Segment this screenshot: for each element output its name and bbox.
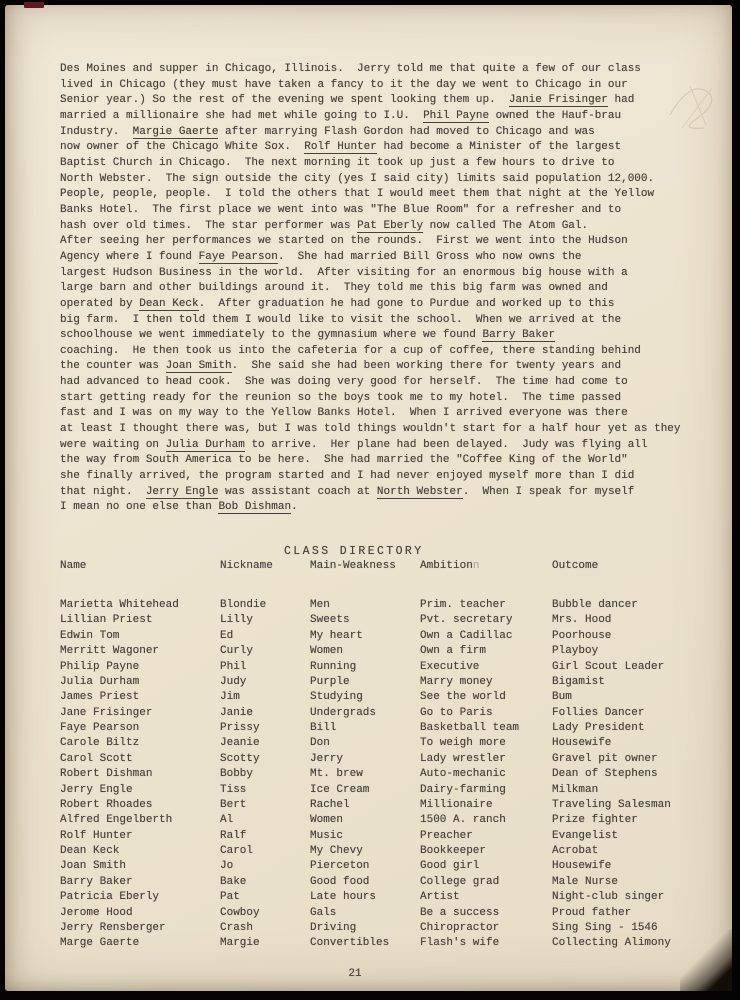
table-cell: Ed: [220, 630, 233, 642]
table-cell: Mrs. Hood: [552, 614, 611, 626]
table-cell: Go to Paris: [420, 707, 493, 719]
story-text-segment: now owner of the Chicago White Sox.: [60, 141, 304, 153]
table-row: Merritt WagonerCurlyWomenOwn a firmPlayb…: [60, 645, 705, 660]
table-cell: Jim: [220, 691, 240, 703]
table-cell: Marry money: [420, 676, 493, 688]
page-corner-shadow: [680, 929, 732, 991]
table-cell: Julia Durham: [60, 676, 139, 688]
table-cell: Jerome Hood: [60, 907, 133, 919]
story-text-segment: fast and I was on my way to the Yellow B…: [60, 407, 628, 419]
table-row: Robert RhoadesBertRachelMillionaireTrave…: [60, 799, 705, 814]
story-line: at least I thought there was, but I was …: [60, 422, 705, 438]
table-cell: Janie: [220, 707, 253, 719]
table-cell: Bobby: [220, 768, 253, 780]
table-cell: Bookkeeper: [420, 845, 486, 857]
table-cell: Sweets: [310, 614, 350, 626]
story-text-segment: North Webster. The sign outside the city…: [60, 173, 654, 185]
story-text-segment: After seeing her performances we started…: [60, 235, 628, 247]
table-cell: Playboy: [552, 645, 598, 657]
story-line: Senior year.) So the rest of the evening…: [60, 93, 705, 109]
table-cell: Ice Cream: [310, 784, 369, 796]
story-text-segment: Baptist Church in Chicago. The next morn…: [60, 157, 615, 169]
table-cell: See the world: [420, 691, 506, 703]
table-cell: Philip Payne: [60, 661, 139, 673]
table-cell: Prize fighter: [552, 814, 638, 826]
table-cell: Pierceton: [310, 860, 369, 872]
story-text-segment: operated by: [60, 298, 139, 310]
story-text-segment: hash over old times. The star performer …: [60, 220, 357, 232]
table-cell: 1500 A. ranch: [420, 814, 506, 826]
table-cell: Studying: [310, 691, 363, 703]
table-cell: Male Nurse: [552, 876, 618, 888]
table-row: Lillian PriestLillySweetsPvt. secretaryM…: [60, 614, 705, 629]
table-cell: Driving: [310, 922, 356, 934]
table-cell: Lillian Priest: [60, 614, 152, 626]
table-cell: Men: [310, 599, 330, 611]
story-line: big farm. I then told them I would like …: [60, 313, 705, 329]
story-line: After seeing her performances we started…: [60, 234, 705, 250]
story-line: hash over old times. The star performer …: [60, 219, 705, 235]
story-text-segment: had advanced to head cook. She was doing…: [60, 376, 628, 388]
underlined-name: Bob Dishman: [218, 501, 291, 514]
table-cell: Scotty: [220, 753, 260, 765]
story-text-segment: Banks Hotel. The first place we went int…: [60, 204, 621, 216]
story-text-segment: had: [608, 94, 634, 106]
table-cell: Merritt Wagoner: [60, 645, 159, 657]
table-cell: Tiss: [220, 784, 246, 796]
table-cell: Sing Sing - 1546: [552, 922, 658, 934]
story-line: the way from South America to be here. S…: [60, 453, 705, 469]
story-line: Banks Hotel. The first place we went int…: [60, 203, 705, 219]
story-text-segment: large barn and other buildings around it…: [60, 282, 608, 294]
underlined-name: Pat Eberly: [357, 220, 423, 233]
table-cell: Bert: [220, 799, 246, 811]
story-text-segment: . She had married Bill Gross who now own…: [278, 251, 582, 263]
table-cell: Lady President: [552, 722, 644, 734]
table-cell: Carol: [220, 845, 253, 857]
underlined-name: Margie Gaerte: [133, 126, 219, 139]
table-cell: To weigh more: [420, 737, 506, 749]
directory-header-row: NameNicknameMain-WeaknessAmbitionnOutcom…: [60, 560, 705, 576]
table-row: Jerry RensbergerCrashDrivingChiropractor…: [60, 922, 705, 937]
table-cell: Millionaire: [420, 799, 493, 811]
table-cell: Lilly: [220, 614, 253, 626]
story-text-segment: at least I thought there was, but I was …: [60, 423, 681, 435]
table-row: Jerry EngleTissIce CreamDairy-farmingMil…: [60, 784, 705, 799]
directory-header-cell: Name: [60, 560, 86, 572]
table-cell: Curly: [220, 645, 253, 657]
table-cell: Jeanie: [220, 737, 260, 749]
table-cell: Be a success: [420, 907, 499, 919]
table-cell: Dean of Stephens: [552, 768, 658, 780]
story-text-segment: the counter was: [60, 360, 166, 372]
underlined-name: Phil Payne: [423, 110, 489, 123]
story-line: Baptist Church in Chicago. The next morn…: [60, 156, 705, 172]
table-cell: Lady wrestler: [420, 753, 506, 765]
story-text-segment: . When I speak for myself: [463, 486, 635, 498]
story-line: large barn and other buildings around it…: [60, 281, 705, 297]
table-cell: Pat: [220, 891, 240, 903]
story-line: largest Hudson Business in the world. Af…: [60, 266, 705, 282]
table-cell: Gravel pit owner: [552, 753, 658, 765]
table-cell: Purple: [310, 676, 350, 688]
story-text-segment: owned the Hauf-brau: [489, 110, 621, 122]
table-cell: Dean Keck: [60, 845, 119, 857]
underlined-name: Barry Baker: [482, 329, 555, 342]
table-cell: Al: [220, 814, 233, 826]
table-cell: Jane Frisinger: [60, 707, 152, 719]
story-line: were waiting on Julia Durham to arrive. …: [60, 438, 705, 454]
table-row: Dean KeckCarolMy ChevyBookkeeperAcrobat: [60, 845, 705, 860]
table-cell: Jerry: [310, 753, 343, 765]
table-cell: Bum: [552, 691, 572, 703]
table-cell: Prim. teacher: [420, 599, 506, 611]
table-cell: Barry Baker: [60, 876, 133, 888]
table-row: Jerome HoodCowboyGalsBe a successProud f…: [60, 907, 705, 922]
story-text-segment: . After graduation he had gone to Purdue…: [199, 298, 615, 310]
story-text-segment: People, people, people. I told the other…: [60, 188, 654, 200]
underlined-name: Dean Keck: [139, 298, 198, 311]
story-line: People, people, people. I told the other…: [60, 187, 705, 203]
table-cell: Women: [310, 814, 343, 826]
table-cell: Prissy: [220, 722, 260, 734]
scan-red-mark: [24, 2, 44, 8]
table-cell: Flash's wife: [420, 937, 499, 949]
underlined-name: Faye Pearson: [199, 251, 278, 264]
table-cell: Rachel: [310, 799, 350, 811]
story-text-segment: .: [291, 501, 298, 513]
table-cell: Own a firm: [420, 645, 486, 657]
table-cell: Crash: [220, 922, 253, 934]
story-text-segment: I mean no one else than: [60, 501, 218, 513]
directory-header-cell: Outcome: [552, 560, 598, 572]
story-text-segment: Industry.: [60, 126, 133, 138]
story-text-segment: that night.: [60, 486, 146, 498]
table-cell: Running: [310, 661, 356, 673]
table-cell: Executive: [420, 661, 479, 673]
story-line: start getting ready for the reunion so t…: [60, 391, 705, 407]
table-cell: Carol Scott: [60, 753, 133, 765]
table-cell: Cowboy: [220, 907, 260, 919]
table-cell: Night-club singer: [552, 891, 664, 903]
story-line: Des Moines and supper in Chicago, Illino…: [60, 62, 705, 78]
table-cell: Bill: [310, 722, 336, 734]
table-cell: Jerry Rensberger: [60, 922, 166, 934]
table-row: Edwin TomEdMy heartOwn a CadillacPoorhou…: [60, 630, 705, 645]
table-cell: Pvt. secretary: [420, 614, 512, 626]
story-line: fast and I was on my way to the Yellow B…: [60, 406, 705, 422]
story-line: coaching. He then took us into the cafet…: [60, 344, 705, 360]
table-row: Marge GaerteMargieConvertiblesFlash's wi…: [60, 937, 705, 952]
table-row: Philip PaynePhilRunningExecutiveGirl Sco…: [60, 661, 705, 676]
story-line: now owner of the Chicago White Sox. Rolf…: [60, 140, 705, 156]
table-cell: Jerry Engle: [60, 784, 133, 796]
table-cell: Dairy-farming: [420, 784, 506, 796]
table-cell: Edwin Tom: [60, 630, 119, 642]
story-text-segment: now called The Atom Gal.: [423, 220, 588, 232]
table-cell: Chiropractor: [420, 922, 499, 934]
story-line: lived in Chicago (they must have taken a…: [60, 78, 705, 94]
table-cell: Ralf: [220, 830, 246, 842]
directory-header-cell: Nickname: [220, 560, 273, 572]
story-text-segment: start getting ready for the reunion so t…: [60, 392, 621, 404]
story-text-segment: largest Hudson Business in the world. Af…: [60, 267, 628, 279]
table-cell: Carole Biltz: [60, 737, 139, 749]
table-cell: Poorhouse: [552, 630, 611, 642]
page-number: 21: [338, 968, 372, 980]
directory-title: CLASS DIRECTORY: [284, 545, 424, 558]
story-line: she finally arrived, the program started…: [60, 469, 705, 485]
directory-header-cell: Ambitionn: [420, 560, 479, 572]
table-row: Joan SmithJoPiercetonGood girlHousewife: [60, 860, 705, 875]
table-cell: College grad: [420, 876, 499, 888]
table-row: Robert DishmanBobbyMt. brewAuto-mechanic…: [60, 768, 705, 783]
story-line: had advanced to head cook. She was doing…: [60, 375, 705, 391]
table-cell: Auto-mechanic: [420, 768, 506, 780]
story-text-segment: had become a Minister of the largest: [377, 141, 621, 153]
table-row: Patricia EberlyPatLate hoursArtistNight-…: [60, 891, 705, 906]
table-cell: Good girl: [420, 860, 479, 872]
table-row: Jane FrisingerJanieUndergradsGo to Paris…: [60, 707, 705, 722]
underlined-name: Janie Frisinger: [509, 94, 608, 107]
story-line: that night. Jerry Engle was assistant co…: [60, 485, 705, 501]
story-line: married a millionaire she had met while …: [60, 109, 705, 125]
directory-rows: Marietta WhiteheadBlondieMenPrim. teache…: [60, 599, 705, 953]
story-text-segment: big farm. I then told them I would like …: [60, 314, 621, 326]
table-cell: Music: [310, 830, 343, 842]
table-cell: Traveling Salesman: [552, 799, 671, 811]
table-cell: Bigamist: [552, 676, 605, 688]
table-cell: Jo: [220, 860, 233, 872]
table-cell: Judy: [220, 676, 246, 688]
table-cell: Collecting Alimony: [552, 937, 671, 949]
story-text-segment: she finally arrived, the program started…: [60, 470, 634, 482]
table-cell: Faye Pearson: [60, 722, 139, 734]
table-cell: Alfred Engelberth: [60, 814, 172, 826]
story-line: the counter was Joan Smith. She said she…: [60, 359, 705, 375]
table-cell: Preacher: [420, 830, 473, 842]
table-cell: Evangelist: [552, 830, 618, 842]
story-text-segment: Des Moines and supper in Chicago, Illino…: [60, 63, 641, 75]
table-cell: Follies Dancer: [552, 707, 644, 719]
story-text-segment: the way from South America to be here. S…: [60, 454, 628, 466]
table-cell: Patricia Eberly: [60, 891, 159, 903]
story-text-segment: . She said she had been working there fo…: [232, 360, 621, 372]
table-cell: Marge Gaerte: [60, 937, 139, 949]
table-cell: Milkman: [552, 784, 598, 796]
table-row: Julia DurhamJudyPurpleMarry moneyBigamis…: [60, 676, 705, 691]
underlined-name: Julia Durham: [166, 439, 245, 452]
table-cell: Robert Dishman: [60, 768, 152, 780]
table-cell: Phil: [220, 661, 246, 673]
table-cell: Artist: [420, 891, 460, 903]
story-text-segment: was assistant coach at: [218, 486, 376, 498]
underlined-name: Jerry Engle: [146, 486, 219, 499]
story-line: North Webster. The sign outside the city…: [60, 172, 705, 188]
table-row: James PriestJimStudyingSee the worldBum: [60, 691, 705, 706]
table-row: Marietta WhiteheadBlondieMenPrim. teache…: [60, 599, 705, 614]
story-text-segment: were waiting on: [60, 439, 166, 451]
directory-header-cell: Main-Weakness: [310, 560, 396, 572]
table-cell: Own a Cadillac: [420, 630, 512, 642]
table-cell: Proud father: [552, 907, 631, 919]
table-cell: Girl Scout Leader: [552, 661, 664, 673]
story-line: Agency where I found Faye Pearson. She h…: [60, 250, 705, 266]
story-line: I mean no one else than Bob Dishman.: [60, 500, 705, 516]
table-cell: Gals: [310, 907, 336, 919]
story-paragraph: Des Moines and supper in Chicago, Illino…: [60, 62, 705, 516]
table-cell: Convertibles: [310, 937, 389, 949]
story-text-segment: lived in Chicago (they must have taken a…: [60, 79, 628, 91]
table-cell: Robert Rhoades: [60, 799, 152, 811]
table-cell: Acrobat: [552, 845, 598, 857]
table-cell: My Chevy: [310, 845, 363, 857]
underlined-name: North Webster: [377, 486, 463, 499]
table-row: Barry BakerBakeGood foodCollege gradMale…: [60, 876, 705, 891]
table-cell: Don: [310, 737, 330, 749]
story-text-segment: schoolhouse we went immediately to the g…: [60, 329, 482, 341]
story-text-segment: married a millionaire she had met while …: [60, 110, 423, 122]
table-row: Carol ScottScottyJerryLady wrestlerGrave…: [60, 753, 705, 768]
story-line: schoolhouse we went immediately to the g…: [60, 328, 705, 344]
table-cell: Bake: [220, 876, 246, 888]
table-cell: Bubble dancer: [552, 599, 638, 611]
table-row: Alfred EngelberthAlWomen1500 A. ranchPri…: [60, 814, 705, 829]
table-cell: Basketball team: [420, 722, 519, 734]
story-text-segment: to arrive. Her plane had been delayed. J…: [245, 439, 648, 451]
header-ghost-text: n: [473, 560, 480, 572]
underlined-name: Joan Smith: [166, 360, 232, 373]
table-cell: Late hours: [310, 891, 376, 903]
story-text-segment: Agency where I found: [60, 251, 199, 263]
table-row: Faye PearsonPrissyBillBasketball teamLad…: [60, 722, 705, 737]
story-line: operated by Dean Keck. After graduation …: [60, 297, 705, 313]
table-cell: Housewife: [552, 860, 611, 872]
story-line: Industry. Margie Gaerte after marrying F…: [60, 125, 705, 141]
table-cell: Rolf Hunter: [60, 830, 133, 842]
table-cell: Blondie: [220, 599, 266, 611]
table-cell: Good food: [310, 876, 369, 888]
table-cell: Undergrads: [310, 707, 376, 719]
table-cell: Mt. brew: [310, 768, 363, 780]
story-text-segment: coaching. He then took us into the cafet…: [60, 345, 641, 357]
story-text-segment: Senior year.) So the rest of the evening…: [60, 94, 509, 106]
table-cell: Women: [310, 645, 343, 657]
table-cell: Joan Smith: [60, 860, 126, 872]
page-content: Des Moines and supper in Chicago, Illino…: [0, 0, 740, 1000]
story-text-segment: after marrying Flash Gordon had moved to…: [218, 126, 594, 138]
table-cell: Housewife: [552, 737, 611, 749]
table-cell: Margie: [220, 937, 260, 949]
table-cell: James Priest: [60, 691, 139, 703]
underlined-name: Rolf Hunter: [304, 141, 377, 154]
table-row: Carole BiltzJeanieDonTo weigh moreHousew…: [60, 737, 705, 752]
table-cell: My heart: [310, 630, 363, 642]
table-row: Rolf HunterRalfMusicPreacherEvangelist: [60, 830, 705, 845]
table-cell: Marietta Whitehead: [60, 599, 179, 611]
